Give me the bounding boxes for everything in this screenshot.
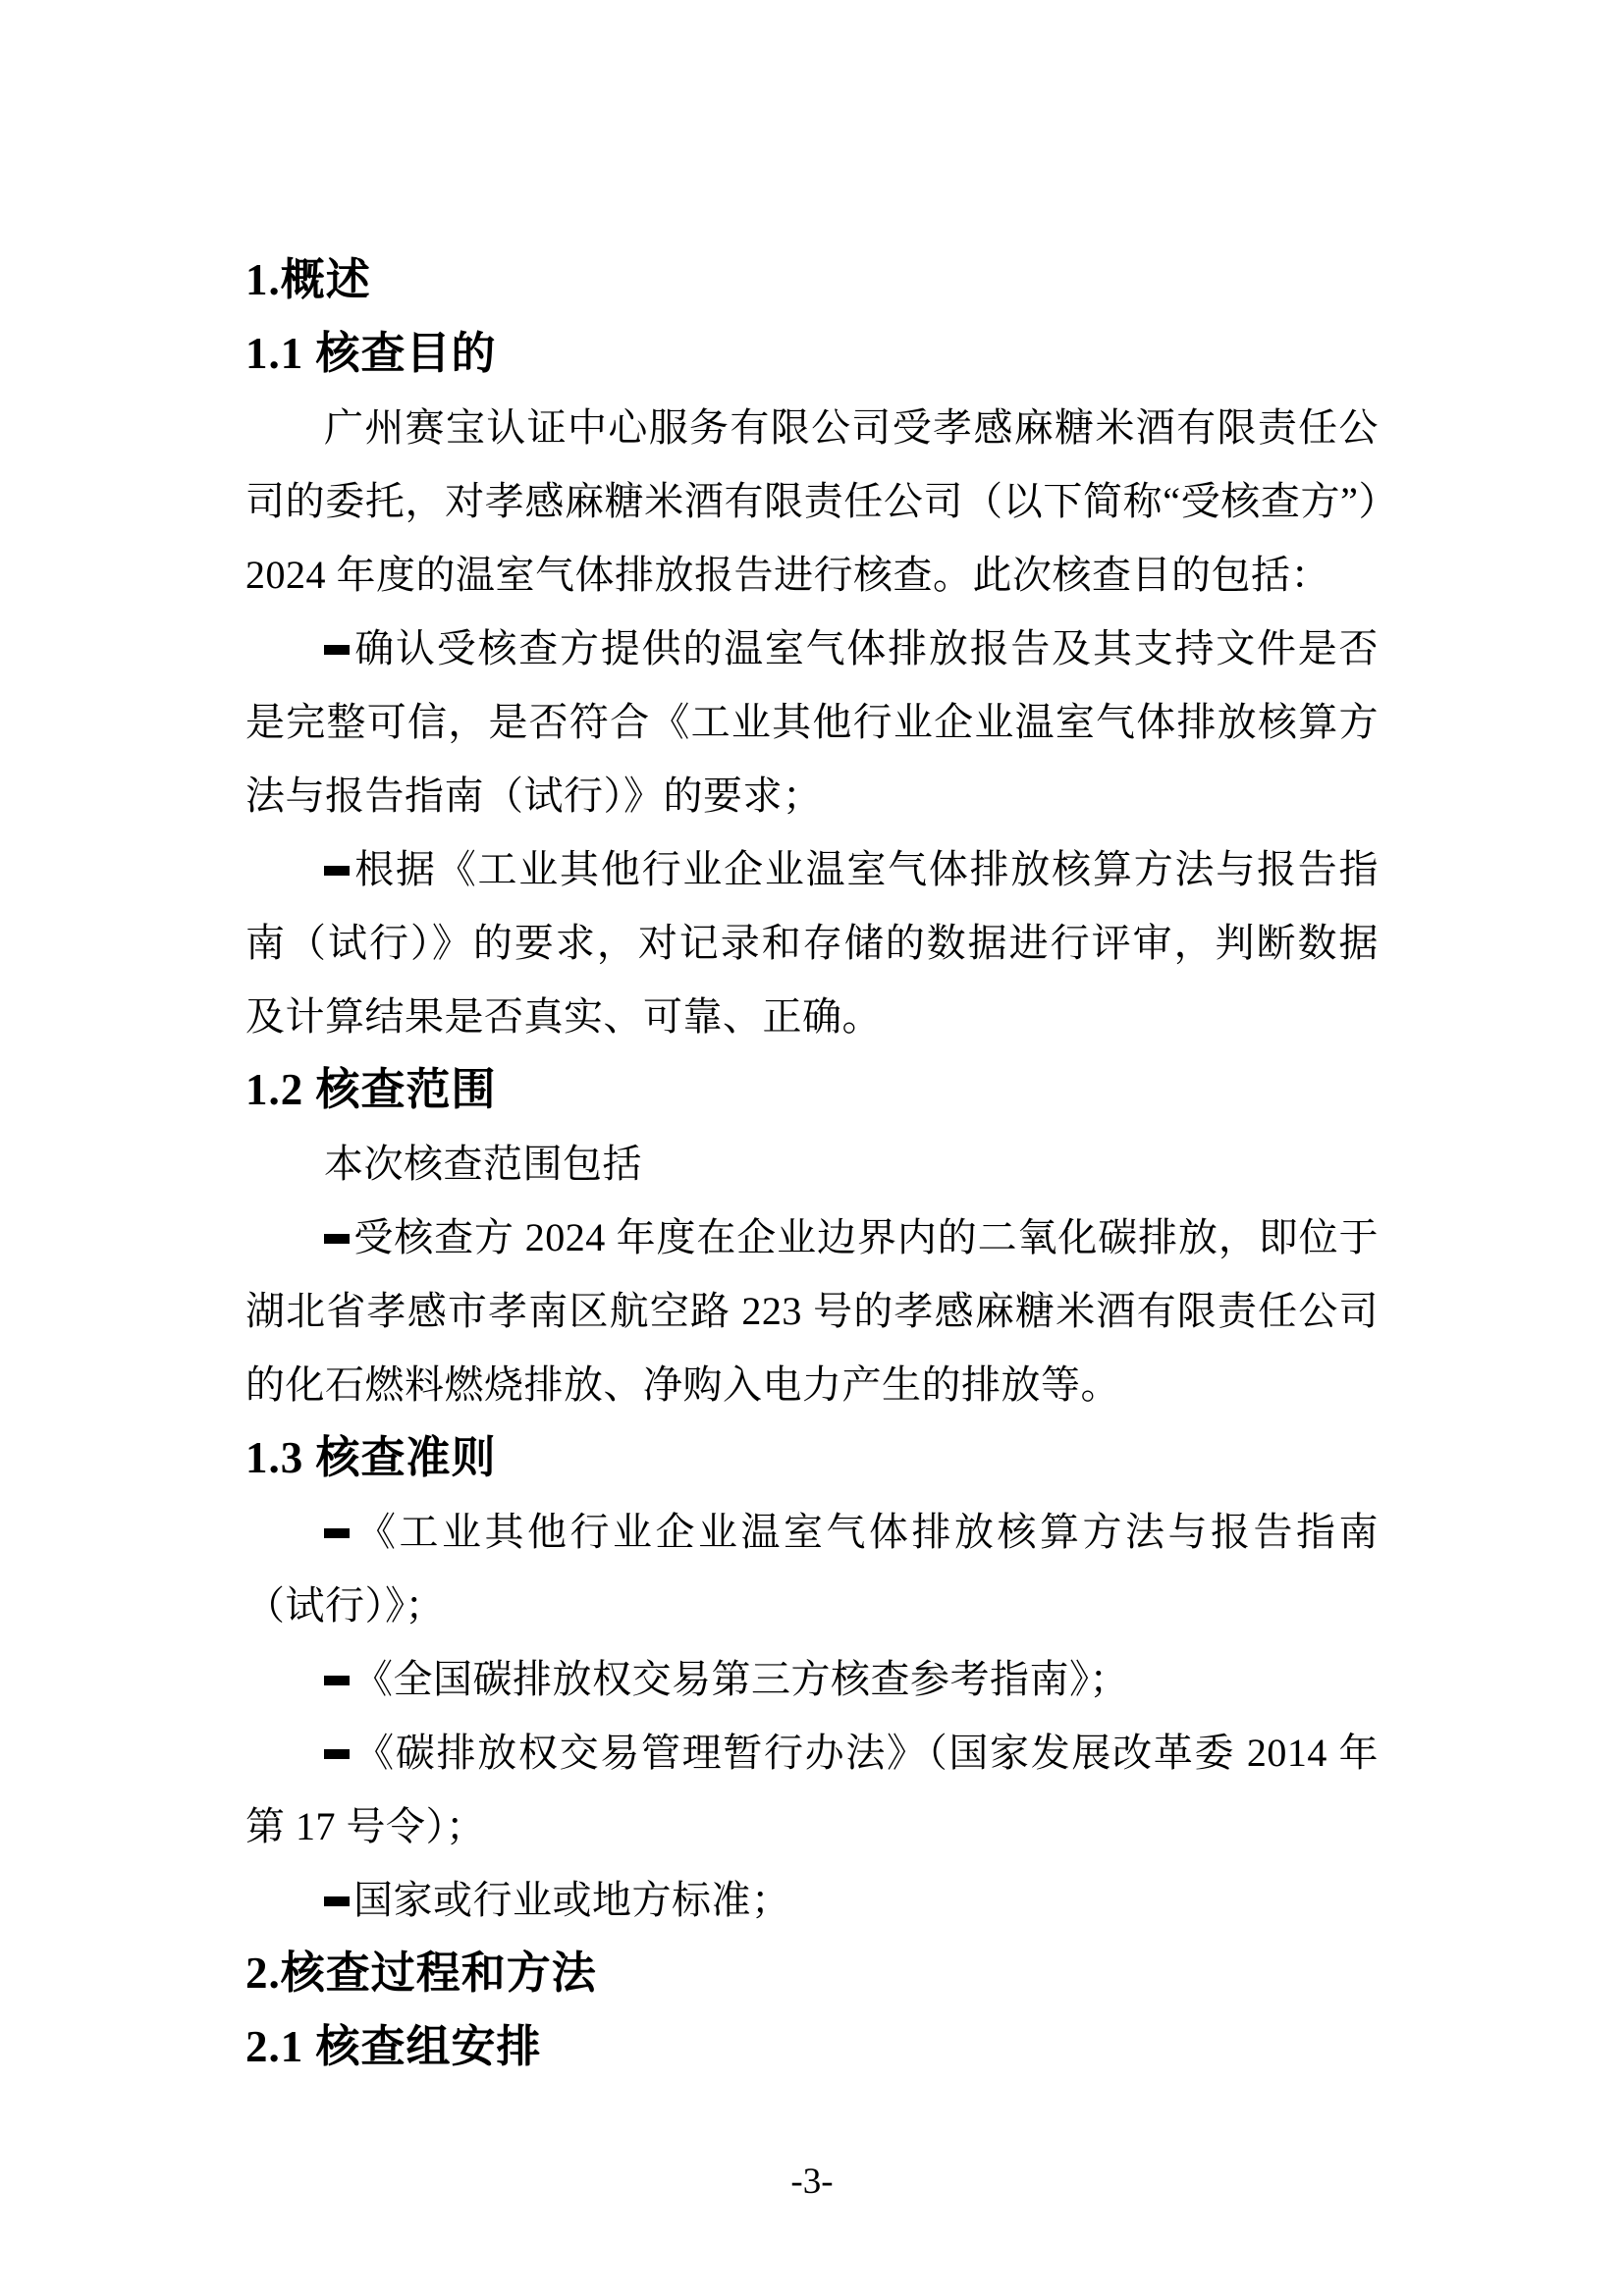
paragraph-text: 国家或行业或地方标准； xyxy=(353,1878,791,1922)
bullet-dash-icon xyxy=(324,1234,350,1244)
bullet-dash-icon xyxy=(324,645,350,655)
bullet-dash-icon xyxy=(324,1749,350,1759)
bullet-paragraph-review-data: 根据《工业其他行业企业温室气体排放核算方法与报告指南（试行）》的要求，对记录和存… xyxy=(245,832,1379,1053)
bullet-paragraph-confirm-report: 确认受核查方提供的温室气体排放报告及其支持文件是否是完整可信，是否符合《工业其他… xyxy=(245,612,1379,832)
paragraph-text: 确认受核查方提供的温室气体排放报告及其支持文件是否是完整可信，是否符合《工业其他… xyxy=(245,626,1379,818)
bullet-paragraph-criteria-guideline: 《工业其他行业企业温室气体排放核算方法与报告指南（试行）》； xyxy=(245,1495,1379,1642)
bullet-paragraph-criteria-third-party-guide: 《全国碳排放权交易第三方核查参考指南》； xyxy=(245,1642,1379,1716)
paragraph-text: 《全国碳排放权交易第三方核查参考指南》； xyxy=(353,1657,1129,1701)
subsection-heading-verification-purpose: 1.1 核查目的 xyxy=(245,317,1379,391)
subsection-heading-verification-scope: 1.2 核查范围 xyxy=(245,1053,1379,1127)
bullet-dash-icon xyxy=(324,1528,350,1538)
paragraph-commission: 广州赛宝认证中心服务有限公司受孝感麻糖米酒有限责任公司的委托，对孝感麻糖米酒有限… xyxy=(245,391,1379,612)
bullet-paragraph-criteria-standards: 国家或行业或地方标准； xyxy=(245,1863,1379,1937)
bullet-paragraph-scope-emissions: 受核查方 2024 年度在企业边界内的二氧化碳排放，即位于湖北省孝感市孝南区航空… xyxy=(245,1201,1379,1421)
section-heading-process-method: 2.核查过程和方法 xyxy=(245,1937,1379,2010)
bullet-dash-icon xyxy=(324,1676,350,1685)
subsection-heading-verification-criteria: 1.3 核查准则 xyxy=(245,1421,1379,1495)
paragraph-text: 《工业其他行业企业温室气体排放核算方法与报告指南（试行）》； xyxy=(245,1510,1379,1628)
document-body: 1.概述 1.1 核查目的 广州赛宝认证中心服务有限公司受孝感麻糖米酒有限责任公… xyxy=(245,243,1379,2084)
paragraph-text: 《碳排放权交易管理暂行办法》（国家发展改革委 2014 年第 17 号令）； xyxy=(245,1731,1379,1848)
page-number: -3- xyxy=(0,2160,1624,2204)
subsection-heading-team-arrangement: 2.1 核查组安排 xyxy=(245,2010,1379,2084)
bullet-dash-icon xyxy=(324,866,350,876)
section-heading-overview: 1.概述 xyxy=(245,243,1379,317)
bullet-paragraph-criteria-interim-measures: 《碳排放权交易管理暂行办法》（国家发展改革委 2014 年第 17 号令）； xyxy=(245,1716,1379,1863)
bullet-dash-icon xyxy=(324,1896,350,1906)
paragraph-text: 受核查方 2024 年度在企业边界内的二氧化碳排放，即位于湖北省孝感市孝南区航空… xyxy=(245,1215,1379,1407)
document-page: 1.概述 1.1 核查目的 广州赛宝认证中心服务有限公司受孝感麻糖米酒有限责任公… xyxy=(0,0,1624,2296)
paragraph-text: 根据《工业其他行业企业温室气体排放核算方法与报告指南（试行）》的要求，对记录和存… xyxy=(245,847,1379,1039)
paragraph-scope-intro: 本次核查范围包括 xyxy=(245,1127,1379,1201)
